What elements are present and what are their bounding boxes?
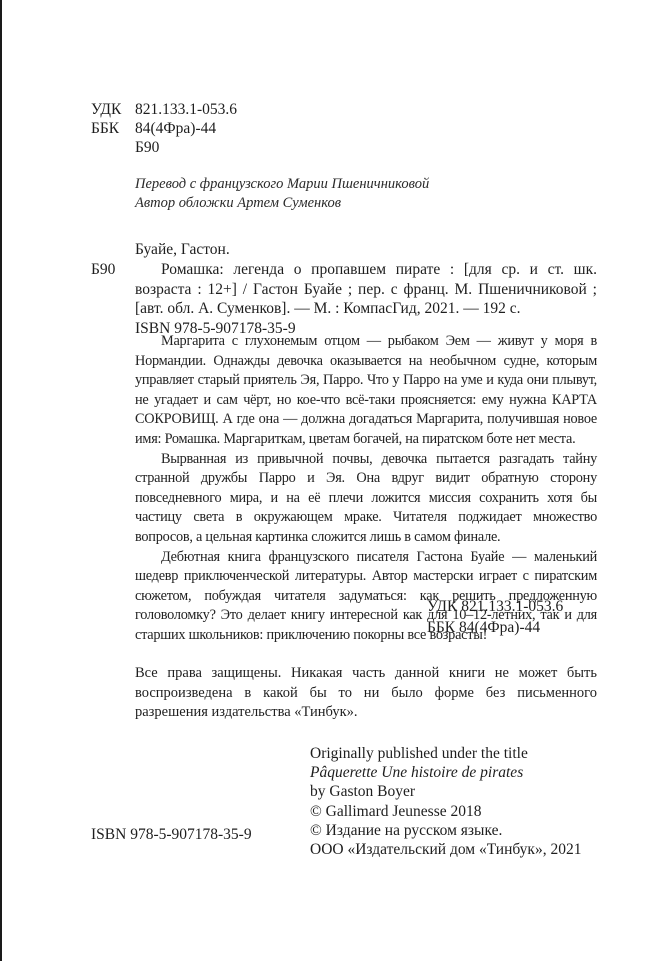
classification-block: УДК 821.133.1-053.6 ББК 84(4Фра)-44 Б90 [91,100,237,157]
orig-line: Originally published under the title [310,744,581,763]
catalog-card-body: Ромашка: легенда о пропавшем пирате : [д… [135,260,597,338]
orig-author: by Gaston Boyer [310,782,581,801]
rights-notice: Все права защищены. Никакая часть данной… [135,664,597,723]
ru-edition-copyright: © Издание на русском языке. [310,821,581,840]
udk-row: УДК 821.133.1-053.6 [91,100,237,119]
isbn: ISBN 978-5-907178-35-9 [91,825,252,844]
bbk-label: ББК [91,119,135,138]
author-mark-row: Б90 [91,138,237,157]
card-udk: УДК 821.133.1-053.6 [427,596,563,617]
annotation-paragraph: Маргарита с глухонемым отцом — рыбаком Э… [135,332,597,450]
udk-value: 821.133.1-053.6 [135,100,237,119]
page-edge [0,0,2,961]
catalog-card-title: Ромашка: легенда о пропавшем пирате : [д… [135,260,597,319]
orig-copyright: © Gallimard Jeunesse 2018 [310,802,581,821]
translator-credit: Перевод с французского Марии Пшеничников… [135,175,429,194]
publisher-copyright: ООО «Издательский дом «Тинбук», 2021 [310,840,581,859]
catalog-card-author: Буайе, Гастон. [135,240,230,259]
original-publication: Originally published under the title Pâq… [310,744,581,859]
bbk-row: ББК 84(4Фра)-44 [91,119,237,138]
credits: Перевод с французского Марии Пшеничников… [135,175,429,213]
annotation-paragraph: Вырванная из привычной почвы, девочка пы… [135,450,597,548]
bbk-value: 84(4Фра)-44 [135,119,216,138]
catalog-card-codes: УДК 821.133.1-053.6 ББК 84(4Фра)-44 [427,596,563,638]
author-mark: Б90 [135,138,159,157]
cover-author-credit: Автор обложки Артем Суменков [135,194,429,213]
card-bbk: ББК 84(4Фра)-44 [427,617,563,638]
orig-title: Pâquerette Une histoire de pirates [310,763,581,782]
catalog-card-author-mark: Б90 [91,260,115,279]
udk-label: УДК [91,100,135,119]
